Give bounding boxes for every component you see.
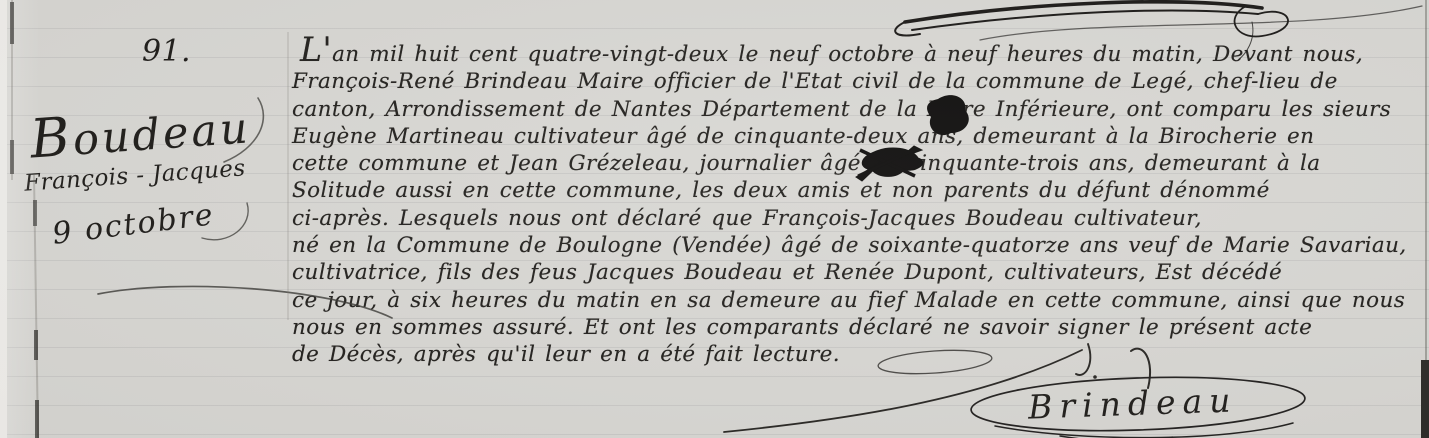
manuscript-line: né en la Commune de Boulogne (Vendée) âg… bbox=[292, 232, 1417, 259]
scanned-death-record-page: 91. Boudeau François - Jacques 9 octobre… bbox=[0, 0, 1429, 438]
manuscript-line: Eugène Martineau cultivateur âgé de cinq… bbox=[292, 123, 1417, 150]
act-date-margin: 9 octobre bbox=[50, 197, 216, 252]
manuscript-line: Solitude aussi en cette commune, les deu… bbox=[292, 177, 1417, 204]
act-body-text: L'an mil huit cent quatre-vingt-deux le … bbox=[292, 33, 1417, 369]
manuscript-line: ci-après. Lesquels nous ont déclaré que … bbox=[292, 205, 1417, 232]
manuscript-line: nous en sommes assuré. Et ont les compar… bbox=[292, 314, 1417, 341]
manuscript-line: L'an mil huit cent quatre-vingt-deux le … bbox=[292, 33, 1417, 68]
act-number: 91. bbox=[142, 34, 191, 69]
manuscript-line: canton, Arrondissement de Nantes Départe… bbox=[292, 96, 1417, 123]
mayor-signature: Brindeau bbox=[1027, 380, 1238, 426]
page-edge-right bbox=[1421, 0, 1429, 438]
manuscript-line: François-René Brindeau Maire officier de… bbox=[292, 68, 1417, 95]
manuscript-line: de Décès, après qu'il leur en a été fait… bbox=[292, 341, 1417, 368]
manuscript-line: cultivatrice, fils des feus Jacques Boud… bbox=[292, 259, 1417, 286]
manuscript-line: cette commune et Jean Grézeleau, journal… bbox=[292, 150, 1417, 177]
manuscript-line: ce jour, à six heures du matin en sa dem… bbox=[292, 287, 1417, 314]
binding-fold-line bbox=[0, 0, 39, 438]
